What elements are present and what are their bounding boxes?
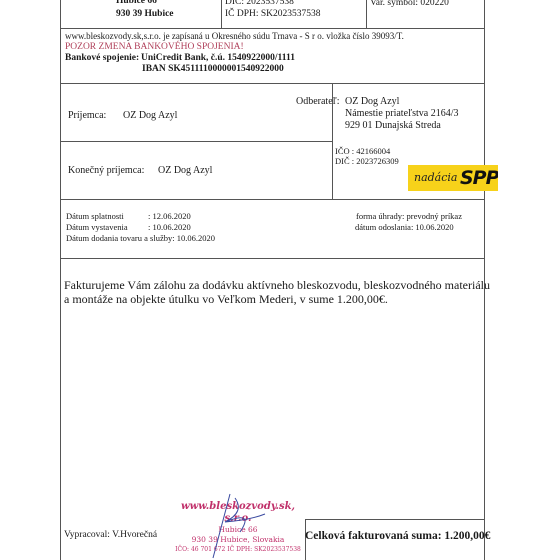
bank-label: Bankové spojenie: xyxy=(65,53,139,64)
supplier-address-2: 930 39 Hubice xyxy=(116,9,174,20)
frame-left xyxy=(60,0,61,560)
supplier-dic: DIČ: 2023537538 xyxy=(225,0,294,8)
due-date-label: Dátum splatnosti xyxy=(66,211,124,221)
final-recipient-label: Konečný príjemca: xyxy=(68,165,144,176)
recipient-label: Príjemca: xyxy=(68,110,106,121)
customer-city: 929 01 Dunajská Streda xyxy=(345,120,441,131)
customer-label: Odberateľ: xyxy=(296,96,340,107)
bank-account: UniCredit Bank, č.ú. 1540922000/1111 xyxy=(141,53,295,64)
delivery-date: Dátum dodania tovaru a služby: 10.06.202… xyxy=(66,233,215,243)
top-col-split-2 xyxy=(366,0,367,28)
variable-symbol: Var. symbol: 020220 xyxy=(370,0,449,9)
supplier-address-1: Hubice 66 xyxy=(116,0,157,7)
logo-script-text: nadácia xyxy=(414,171,457,184)
customer-name: OZ Dog Azyl xyxy=(345,96,399,107)
top-col-split-1 xyxy=(221,0,222,28)
recipient-bottom xyxy=(60,199,484,200)
invoice-total: Celková fakturovaná suma: 1.200,00€ xyxy=(305,530,490,542)
sent-date: dátum odoslania: 10.06.2020 xyxy=(355,222,454,232)
issue-date-value: : 10.06.2020 xyxy=(148,222,191,232)
registry-note: www.bleskozvody.sk,s.r.o. je zapísaná u … xyxy=(65,31,404,42)
recipient-name: OZ Dog Azyl xyxy=(123,110,177,121)
bank-iban: IBAN SK4511110000001540922000 xyxy=(142,64,284,75)
issue-date-label: Dátum vystavenia xyxy=(66,222,128,232)
logo-brand-text: SPP xyxy=(460,167,498,189)
nadacia-spp-logo: nadácia SPP xyxy=(408,165,498,191)
total-box-top xyxy=(305,519,485,520)
final-recipient-name: OZ Dog Azyl xyxy=(158,165,212,176)
due-date-value: : 12.06.2020 xyxy=(148,211,191,221)
recipient-mid xyxy=(60,141,332,142)
customer-street: Námestie priateľstva 2164/3 xyxy=(345,108,458,119)
customer-dic: DIČ : 2023726309 xyxy=(335,156,399,166)
supplier-ic-dph: IČ DPH: SK2023537538 xyxy=(225,9,321,20)
bank-row-bottom xyxy=(60,83,484,84)
signature-icon xyxy=(195,492,275,560)
dates-bottom xyxy=(60,258,484,259)
description-line-2: a montáže na objekte útulku vo Veľkom Me… xyxy=(64,292,388,307)
description-line-1: Fakturujeme Vám zálohu za dodávku aktívn… xyxy=(64,278,490,293)
prepared-by: Vypracoval: V.Hvorečná xyxy=(64,530,157,541)
customer-ico: IČO : 42166004 xyxy=(335,146,390,156)
top-row-bottom xyxy=(60,28,484,29)
bank-warning: POZOR ZMENA BANKOVÉHO SPOJENIA! xyxy=(65,42,244,53)
payment-form: forma úhrady: prevodný príkaz xyxy=(356,211,462,221)
